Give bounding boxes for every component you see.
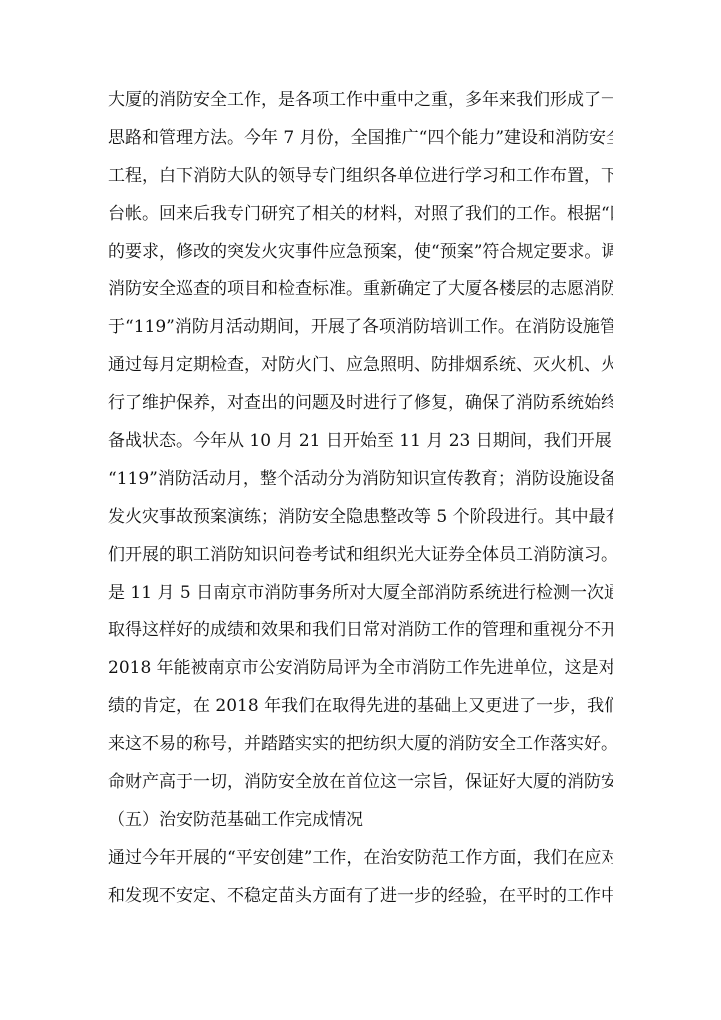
paragraph-line: 台帐。回来后我专门研究了相关的材料，对照了我们的工作。根据“四个能力” (108, 196, 613, 234)
section-heading: （五）治安防范基础工作完成情况 (108, 802, 613, 840)
paragraph-line: 消防安全巡查的项目和检查标准。重新确定了大厦各楼层的志愿消防员名单，并 (108, 271, 613, 309)
paragraph-line: 工程，白下消防大队的领导专门组织各单位进行学习和工作布置，下发一套工作 (108, 158, 613, 196)
paragraph-line: “119”消防活动月，整个活动分为消防知识宣传教育；消防设施设备维护；突 (108, 461, 613, 499)
paragraph-line: 大厦的消防安全工作，是各项工作中重中之重，多年来我们形成了一整套的管理 (108, 82, 613, 120)
paragraph-line: 和发现不安定、不稳定苗头方面有了进一步的经验，在平时的工作中我们非常注 (108, 878, 613, 916)
document-page: 大厦的消防安全工作，是各项工作中重中之重，多年来我们形成了一整套的管理 思路和管… (0, 0, 721, 1020)
paragraph-line: 的要求，修改的突发火灾事件应急预案，使“预案”符合规定要求。调整了每日 (108, 234, 613, 272)
paragraph-line: 备战状态。今年从 10 月 21 日开始至 11 月 23 日期间，我们开展了为… (108, 423, 613, 461)
paragraph-line: 是 11 月 5 日南京市消防事务所对大厦全部消防系统进行检测一次通过。我们能 (108, 575, 613, 613)
paragraph-line: 思路和管理方法。今年 7 月份，全国推广“四个能力”建设和消防安全“防火墙” (108, 120, 613, 158)
paragraph-line: 通过每月定期检查，对防火门、应急照明、防排烟系统、灭火机、火灾报警器进 (108, 347, 613, 385)
paragraph-line: 绩的肯定，在 2018 年我们在取得先进的基础上又更进了一步，我们将保持这个 (108, 688, 613, 726)
paragraph-line: 来这不易的称号，并踏踏实实的把纺织大厦的消防安全工作落实好。始终牢记生 (108, 726, 613, 764)
document-body: 大厦的消防安全工作，是各项工作中重中之重，多年来我们形成了一整套的管理 思路和管… (108, 82, 613, 916)
paragraph-line: 取得这样好的成绩和效果和我们日常对消防工作的管理和重视分不开的。我们在 (108, 612, 613, 650)
paragraph-line: 命财产高于一切，消防安全放在首位这一宗旨，保证好大厦的消防安全。 (108, 764, 613, 802)
paragraph-line: 于“119”消防月活动期间，开展了各项消防培训工作。在消防设施管理方面， (108, 309, 613, 347)
paragraph-line: 2018 年能被南京市公安消防局评为全市消防工作先进单位，这是对我们工作成 (108, 650, 613, 688)
paragraph-line: 行了维护保养，对查出的问题及时进行了修复，确保了消防系统始终处于良好的 (108, 385, 613, 423)
paragraph-line: 通过今年开展的“平安创建”工作，在治安防范工作方面，我们在应对治安事件 (108, 840, 613, 878)
paragraph-line: 发火灾事故预案演练；消防安全隐患整改等 5 个阶段进行。其中最有特色的是我 (108, 499, 613, 537)
paragraph-line: 们开展的职工消防知识问卷考试和组织光大证券全体员工消防演习。最有成就的 (108, 537, 613, 575)
